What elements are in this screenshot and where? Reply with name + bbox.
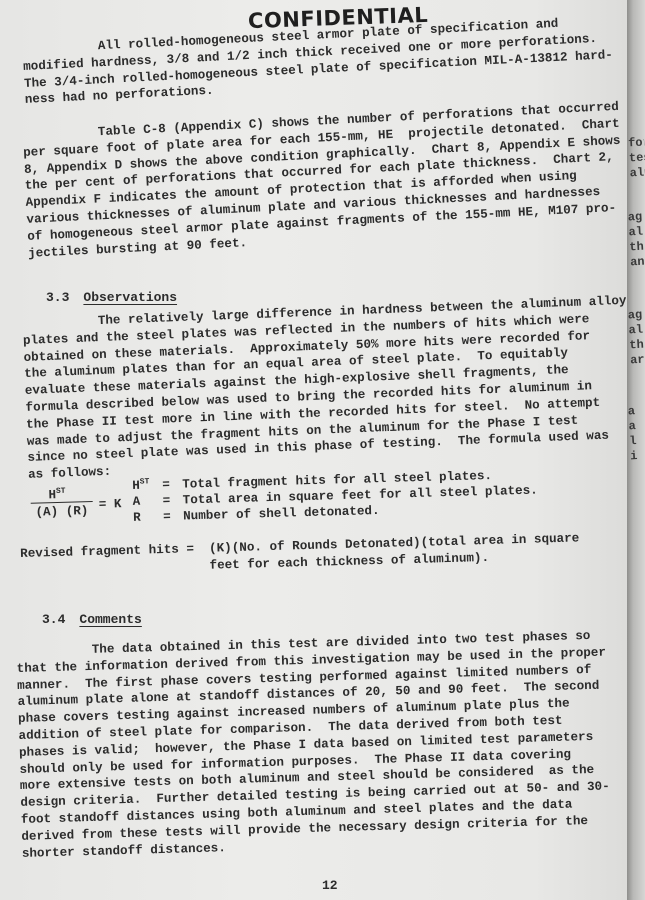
fragment-text: a [627,404,644,420]
paragraph-table-reference: Table C-8 (Appendix C) shows the number … [22,98,638,262]
formula-definitions: HST=Total fragment hits for all steel pl… [132,464,538,526]
fragment-text: tes [629,151,645,167]
adjacent-page-fragment: aali [627,404,645,465]
section-number: 3.4 [42,612,65,627]
fragment-text: ar [630,353,645,369]
paragraph-perforations: All rolled-homogeneous steel armor plate… [22,12,635,109]
fragment-text: ag [627,210,644,226]
fragment-text: th [629,240,645,256]
fragment-text: al [628,225,645,241]
fragment-text: an [630,255,645,271]
formula-equals-k: = K [99,497,122,512]
adjacent-page-fragment: agalthan [627,210,645,271]
fraction-numerator: HST [30,486,92,504]
fragment-text: th [629,338,645,354]
fragment-text: al [628,323,645,339]
fragment-text: l [629,434,645,450]
fraction-denominator: (A) (R) [31,504,93,520]
paragraph-observations: The relatively large difference in hardn… [22,293,638,484]
fragment-text: a [628,419,645,435]
section-title: Comments [79,612,141,627]
fragment-text: ag [627,308,644,324]
adjacent-page-fragment: agalthar [627,308,645,369]
section-heading-3-4: 3.4Comments [42,612,142,627]
fragment-text: alu [629,166,645,182]
section-title: Observations [83,290,177,305]
document-page: CONFIDENTIAL All rolled-homogeneous stee… [0,0,627,900]
page-number: 12 [322,878,338,893]
formula-fraction: HST (A) (R) [30,486,93,520]
section-heading-3-3: 3.3Observations [46,290,177,305]
section-number: 3.3 [46,290,69,305]
adjacent-page-fragment: fortesalu [628,136,645,182]
fragment-text: for [628,136,645,152]
fragment-text: i [630,449,645,465]
paragraph-comments: The data obtained in this test are divid… [16,627,632,862]
